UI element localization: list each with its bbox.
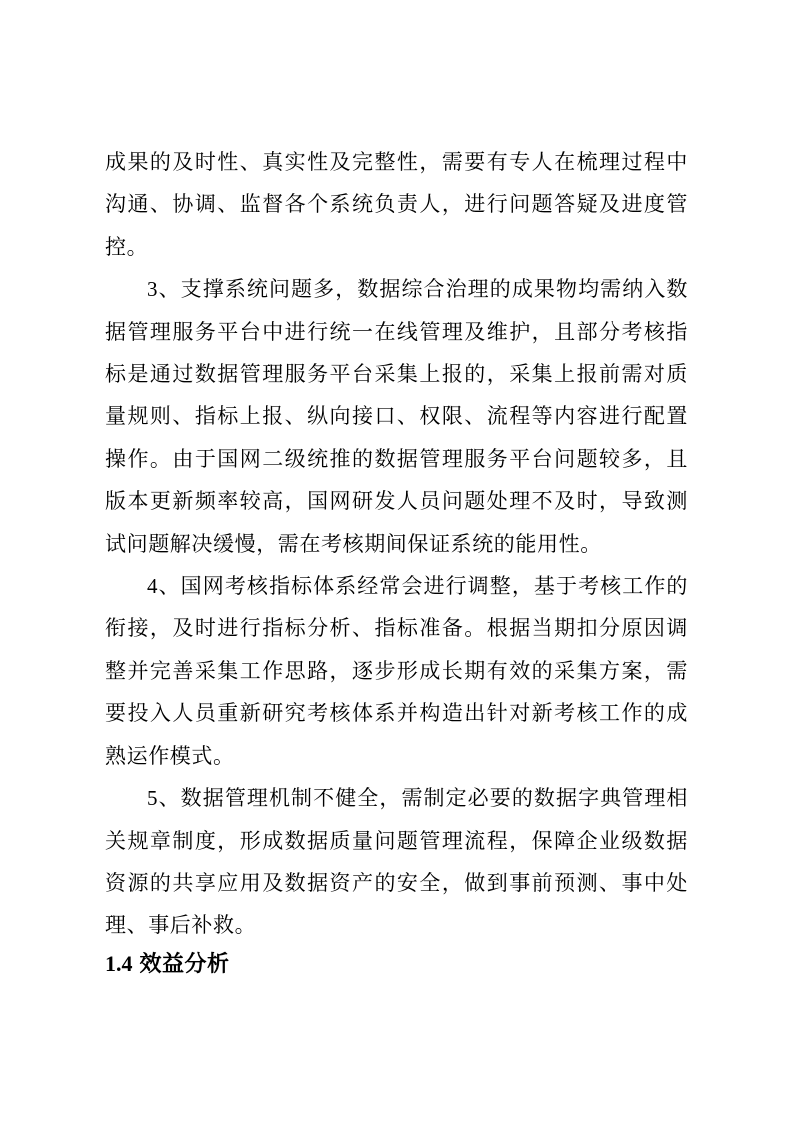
section-heading-title: 效益分析 [140, 951, 230, 976]
paragraph-item-5: 5、数据管理机制不健全，需制定必要的数据字典管理相关规章制度，形成数据质量问题管… [105, 777, 688, 947]
document-page: 成果的及时性、真实性及完整性，需要有专人在梳理过程中沟通、协调、监督各个系统负责… [0, 0, 793, 1122]
paragraph-item-3: 3、支撑系统问题多，数据综合治理的成果物均需纳入数据管理服务平台中进行统一在线管… [105, 268, 688, 565]
section-heading-number: 1.4 [105, 951, 133, 976]
paragraph-item-4: 4、国网考核指标体系经常会进行调整，基于考核工作的衔接，及时进行指标分析、指标准… [105, 565, 688, 777]
document-body: 成果的及时性、真实性及完整性，需要有专人在梳理过程中沟通、协调、监督各个系统负责… [105, 141, 688, 977]
section-heading: 1.4效益分析 [105, 950, 688, 978]
paragraph-continuation: 成果的及时性、真实性及完整性，需要有专人在梳理过程中沟通、协调、监督各个系统负责… [105, 141, 688, 268]
